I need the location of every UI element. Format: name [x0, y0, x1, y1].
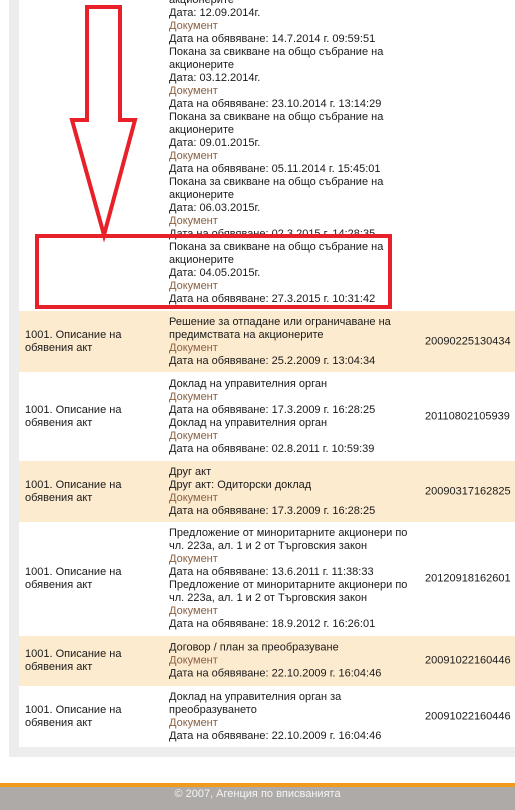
- description-line: Дата: 06.03.2015г.: [169, 202, 419, 215]
- description-line: Договор / план за преобразуване: [169, 642, 419, 655]
- document-link[interactable]: Документ: [169, 342, 419, 355]
- description-line: Дата на обявяване: 05.11.2014 г. 15:45:0…: [169, 163, 419, 176]
- description-line: Дата на обявяване: 22.10.2009 г. 16:04:4…: [169, 730, 419, 743]
- description-line: Доклад на управителния орган: [169, 417, 419, 430]
- document-link[interactable]: Документ: [169, 85, 419, 98]
- description-line: Дата на обявяване: 17.3.2009 г. 16:28:25: [169, 404, 419, 417]
- description-line: Дата на обявяване: 13.6.2011 г. 11:38:33: [169, 566, 419, 579]
- description-line: Дата: 03.12.2014г.: [169, 72, 419, 85]
- description-line: Дата на обявяване: 02.3.2015 г. 14:28:35: [169, 228, 419, 241]
- table-row: 1001. Описание на обявения актПредложени…: [19, 522, 515, 636]
- description-line: Дата на обявяване: 18.9.2012 г. 16:26:01: [169, 618, 419, 631]
- document-link[interactable]: Документ: [169, 215, 419, 228]
- description-cell: Доклад на управителния орган за преобраз…: [169, 691, 419, 743]
- document-link[interactable]: Документ: [169, 391, 419, 404]
- description-line: Дата: 09.01.2015г.: [169, 137, 419, 150]
- document-link[interactable]: Документ: [169, 150, 419, 163]
- footer: © 2007, Агенция по вписванията: [0, 787, 515, 810]
- document-link[interactable]: Документ: [169, 717, 419, 730]
- description-line: Доклад на управителния орган за преобраз…: [169, 691, 419, 717]
- description-line: Покана за свикване на общо събрание на а…: [169, 111, 419, 137]
- description-line: Друг акт: [169, 466, 419, 479]
- description-line: Друг акт: Одиторски доклад: [169, 479, 419, 492]
- description-line: Дата на обявяване: 14.7.2014 г. 09:59:51: [169, 33, 419, 46]
- continued-description-cell: акционеритеДата: 12.09.2014г.ДокументДат…: [169, 0, 419, 306]
- description-line: Дата на обявяване: 22.10.2009 г. 16:04:4…: [169, 668, 419, 681]
- act-type-cell: 1001. Описание на обявения акт: [25, 566, 155, 592]
- table-row: 1001. Описание на обявения актДруг актДр…: [19, 461, 515, 522]
- description-line: Предложение от миноритарните акционери п…: [169, 579, 419, 605]
- document-link[interactable]: Документ: [169, 280, 419, 293]
- document-link[interactable]: Документ: [169, 553, 419, 566]
- announcements-table: акционеритеДата: 12.09.2014г.ДокументДат…: [19, 0, 515, 747]
- table-row: 1001. Описание на обявения актДоклад на …: [19, 686, 515, 747]
- document-link[interactable]: Документ: [169, 492, 419, 505]
- table-row: 1001. Описание на обявения актРешение за…: [19, 311, 515, 372]
- act-type-cell: 1001. Описание на обявения акт: [25, 329, 155, 355]
- description-line: Дата на обявяване: 25.2.2009 г. 13:04:34: [169, 355, 419, 368]
- table-row: 1001. Описание на обявения актДоклад на …: [19, 372, 515, 461]
- document-link[interactable]: Документ: [169, 430, 419, 443]
- description-cell: Доклад на управителния органДокументДата…: [169, 378, 419, 456]
- copyright-text: © 2007, Агенция по вписванията: [174, 788, 340, 800]
- description-cell: Решение за отпадане или ограничаване на …: [169, 316, 419, 368]
- description-line: Решение за отпадане или ограничаване на …: [169, 316, 419, 342]
- document-link[interactable]: Документ: [169, 20, 419, 33]
- description-cell: Договор / план за преобразуванеДокументД…: [169, 642, 419, 681]
- act-type-cell: 1001. Описание на обявения акт: [25, 704, 155, 730]
- act-type-cell: 1001. Описание на обявения акт: [25, 648, 155, 674]
- description-line: Покана за свикване на общо събрание на а…: [169, 176, 419, 202]
- description-cell: Предложение от миноритарните акционери п…: [169, 527, 419, 631]
- description-line: Дата на обявяване: 23.10.2014 г. 13:14:2…: [169, 98, 419, 111]
- description-line: Дата на обявяване: 02.8.2011 г. 10:59:39: [169, 443, 419, 456]
- entry-number-cell: 20090317162825: [425, 485, 515, 498]
- act-type-cell: 1001. Описание на обявения акт: [25, 404, 155, 430]
- description-line: Доклад на управителния орган: [169, 378, 419, 391]
- description-line: Дата: 12.09.2014г.: [169, 7, 419, 20]
- entry-number-cell: 20091022160446: [425, 710, 515, 723]
- act-type-cell: 1001. Описание на обявения акт: [25, 479, 155, 505]
- entry-number-cell: 20091022160446: [425, 655, 515, 668]
- description-line: Дата: 04.05.2015г.: [169, 267, 419, 280]
- entry-number-cell: 20090225130434: [425, 335, 515, 348]
- document-link[interactable]: Документ: [169, 605, 419, 618]
- description-line: Дата на обявяване: 17.3.2009 г. 16:28:25: [169, 505, 419, 518]
- document-link[interactable]: Документ: [169, 655, 419, 668]
- description-line: Покана за свикване на общо събрание на а…: [169, 46, 419, 72]
- description-line: акционерите: [169, 0, 419, 7]
- description-cell: Друг актДруг акт: Одиторски докладДокуме…: [169, 466, 419, 518]
- description-line: Покана за свикване на общо събрание на а…: [169, 241, 419, 267]
- entry-number-cell: 20120918162601: [425, 573, 515, 586]
- description-line: Предложение от миноритарните акционери п…: [169, 527, 419, 553]
- entry-number-cell: 20110802105939: [425, 410, 515, 423]
- description-line: Дата на обявяване: 27.3.2015 г. 10:31:42: [169, 293, 419, 306]
- table-row: 1001. Описание на обявения актДоговор / …: [19, 636, 515, 686]
